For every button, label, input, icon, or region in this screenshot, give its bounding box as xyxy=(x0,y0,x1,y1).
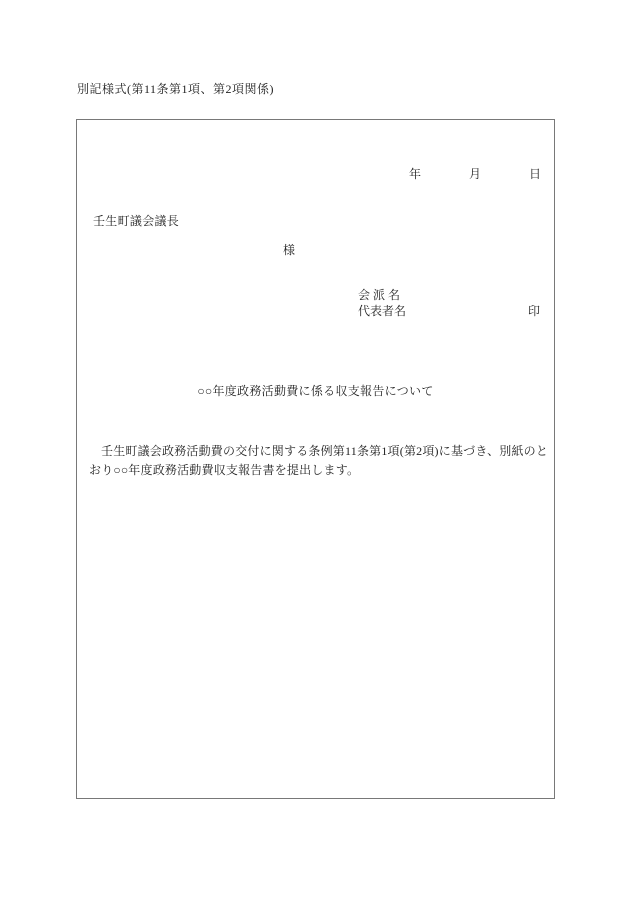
form-border-box: 年 月 日 壬生町議会議長 様 会 派 名 代表者名 印 ○○年度政務活動費に係… xyxy=(76,119,555,799)
representative-name-label: 代表者名 xyxy=(358,304,406,320)
sender-block: 会 派 名 代表者名 印 xyxy=(358,288,540,319)
seal-mark: 印 xyxy=(528,304,540,320)
addressee-chairman-label: 壬生町議会議長 xyxy=(93,212,179,229)
document-title: ○○年度政務活動費に係る収支報告について xyxy=(77,382,554,399)
date-line: 年 月 日 xyxy=(409,165,541,182)
date-month-label: 月 xyxy=(469,165,481,182)
honorific-sama-label: 様 xyxy=(283,241,295,258)
body-paragraph: 壬生町議会政務活動費の交付に関する条例第11条第1項(第2項)に基づき、別紙のと… xyxy=(89,442,551,480)
faction-name-label: 会 派 名 xyxy=(358,288,540,304)
document-page: 別記様式(第11条第1項、第2項関係) 年 月 日 壬生町議会議長 様 会 派 … xyxy=(0,0,630,915)
form-style-label: 別記様式(第11条第1項、第2項関係) xyxy=(77,80,274,97)
date-year-label: 年 xyxy=(409,165,421,182)
date-day-label: 日 xyxy=(529,165,541,182)
representative-row: 代表者名 印 xyxy=(358,304,540,320)
